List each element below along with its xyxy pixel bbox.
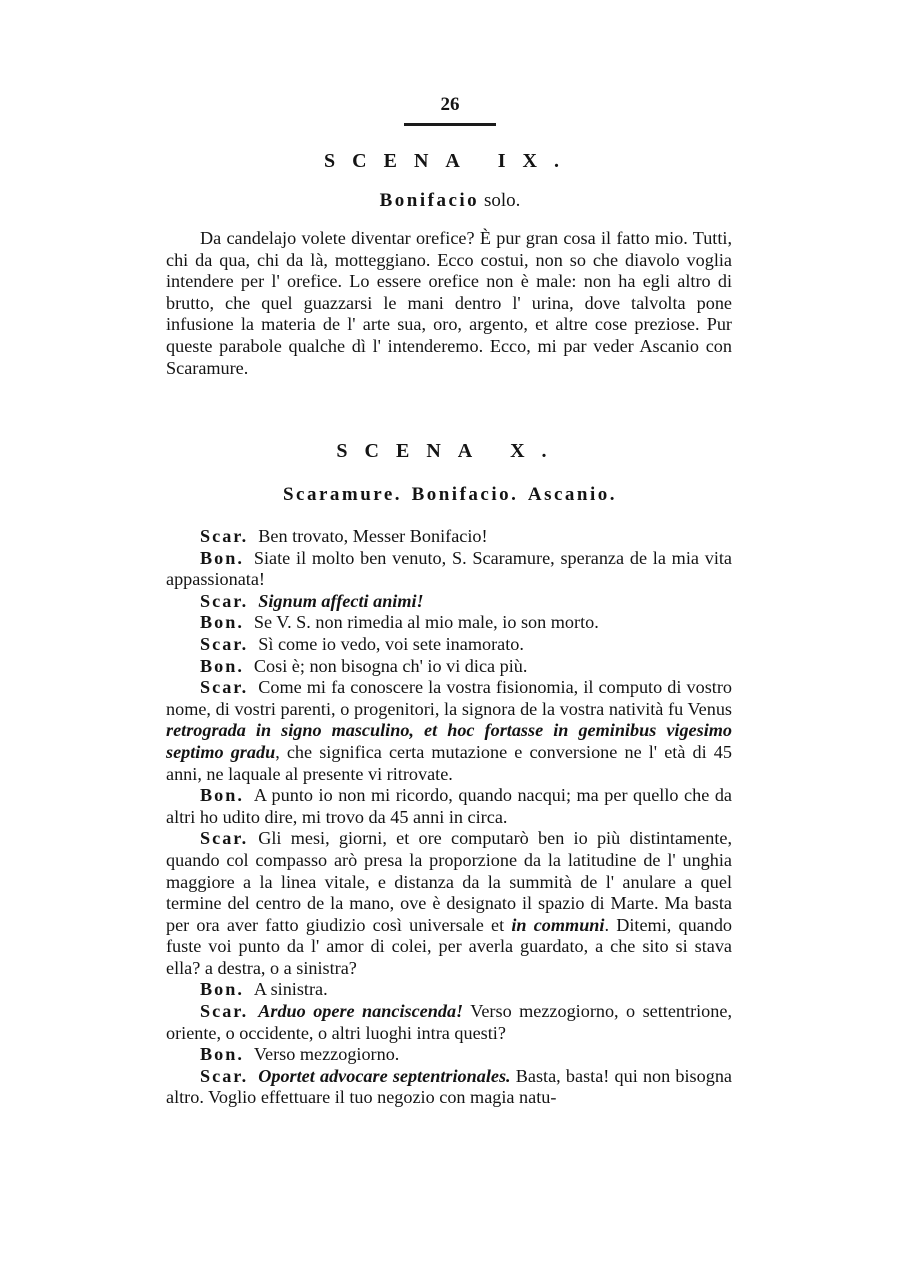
scene-x-title: SCENA X. [0, 440, 900, 463]
line-text: Sì come io vedo, voi sete inamorato. [258, 634, 524, 654]
line-text: Cosi è; non bisogna ch' io vi dica più. [254, 656, 528, 676]
line-text: Come mi fa conoscere la vostra fisionomi… [166, 677, 732, 719]
latin-phrase: Arduo opere nanciscenda! [258, 1001, 463, 1021]
speaker: Scar. [200, 828, 248, 848]
scene-ix-characters: Bonifacio solo. [0, 190, 900, 212]
dialogue-line: Bon.A sinistra. [166, 979, 732, 1001]
speaker: Scar. [200, 1066, 248, 1086]
dialogue-line: Scar.Gli mesi, giorni, et ore computarò … [166, 828, 732, 979]
speaker: Bon. [200, 785, 244, 805]
scene-ix-title: SCENA IX. [0, 150, 900, 173]
page-number-rule [404, 123, 496, 126]
dialogue-line: Bon.Siate il molto ben venuto, S. Scaram… [166, 548, 732, 591]
dialogue-line: Scar.Oportet advocare septentrionales. B… [166, 1066, 732, 1109]
character-ascanio: Ascanio. [528, 484, 617, 505]
speaker: Bon. [200, 979, 244, 999]
scene-x-dialogue: Scar.Ben trovato, Messer Bonifacio! Bon.… [166, 526, 732, 1109]
line-text: Ben trovato, Messer Bonifacio! [258, 526, 487, 546]
dialogue-line: Scar.Come mi fa conoscere la vostra fisi… [166, 677, 732, 785]
line-text: Verso mezzogiorno. [254, 1044, 399, 1064]
character-suffix: solo. [484, 190, 520, 211]
dialogue-line: Bon.Verso mezzogiorno. [166, 1044, 732, 1066]
dialogue-line: Bon.Se V. S. non rimedia al mio male, io… [166, 612, 732, 634]
speaker: Bon. [200, 656, 244, 676]
scene-ix-monologue: Da candelajo volete diventar orefice? È … [166, 228, 732, 379]
latin-phrase: in communi [511, 915, 604, 935]
character-bonifacio: Bonifacio. [412, 484, 519, 505]
monologue-paragraph: Da candelajo volete diventar orefice? È … [166, 228, 732, 379]
line-text: A sinistra. [254, 979, 328, 999]
latin-phrase: Signum affecti animi! [258, 591, 423, 611]
latin-phrase: Oportet advocare septentrionales. [258, 1066, 510, 1086]
dialogue-line: Scar.Sì come io vedo, voi sete inamorato… [166, 634, 732, 656]
dialogue-line: Bon.Cosi è; non bisogna ch' io vi dica p… [166, 656, 732, 678]
line-text: Se V. S. non rimedia al mio male, io son… [254, 612, 599, 632]
dialogue-line: Bon.A punto io non mi ricordo, quando na… [166, 785, 732, 828]
speaker: Scar. [200, 634, 248, 654]
scene-x-characters: Scaramure. Bonifacio. Ascanio. [0, 484, 900, 506]
character-bonifacio: Bonifacio [380, 190, 480, 211]
speaker: Scar. [200, 526, 248, 546]
speaker: Bon. [200, 612, 244, 632]
character-scaramure: Scaramure. [283, 484, 402, 505]
page-number: 26 [404, 94, 496, 116]
speaker: Bon. [200, 1044, 244, 1064]
speaker: Scar. [200, 677, 248, 697]
line-text: Siate il molto ben venuto, S. Scaramure,… [166, 548, 732, 590]
line-text: A punto io non mi ricordo, quando nacqui… [166, 785, 732, 827]
dialogue-line: Scar.Arduo opere nanciscenda! Verso mezz… [166, 1001, 732, 1044]
speaker: Bon. [200, 548, 244, 568]
speaker: Scar. [200, 591, 248, 611]
dialogue-line: Scar.Signum affecti animi! [166, 591, 732, 613]
speaker: Scar. [200, 1001, 248, 1021]
dialogue-line: Scar.Ben trovato, Messer Bonifacio! [166, 526, 732, 548]
